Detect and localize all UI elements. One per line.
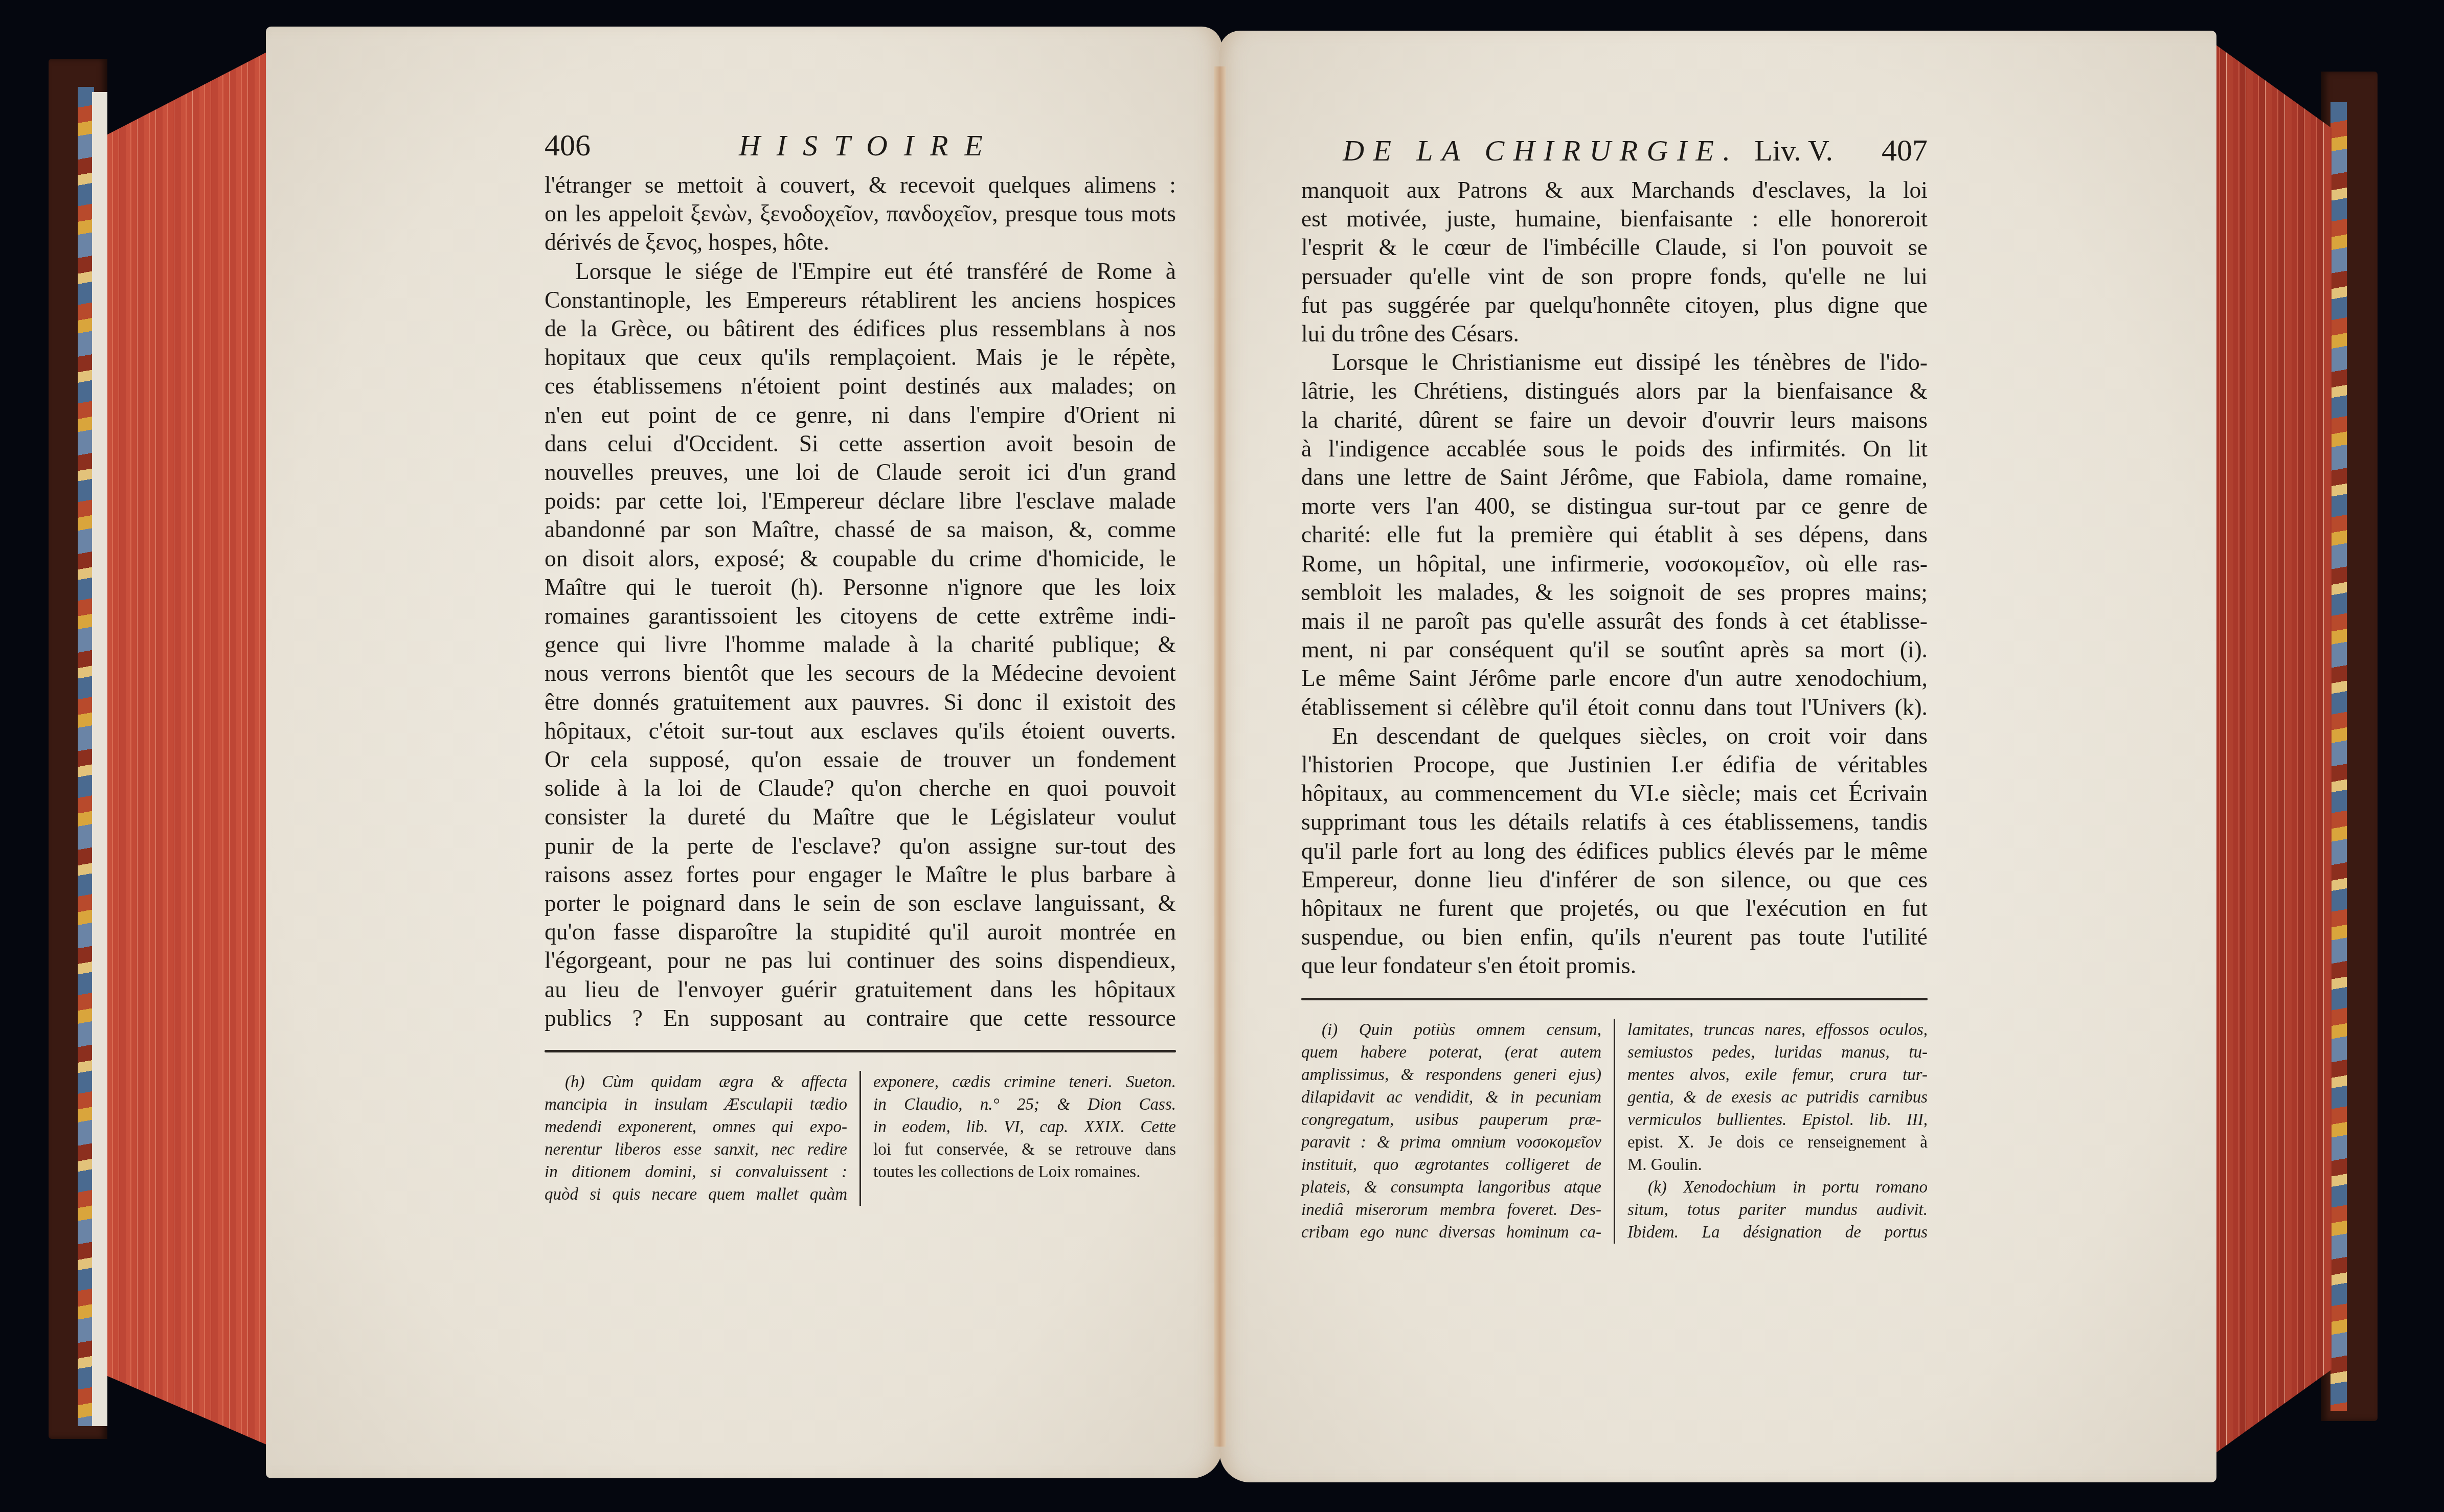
footnote-line: in ditionem domini, si convaluissent : [545,1161,847,1183]
footnote-line: lamitates, truncas nares, effossos oculo… [1627,1019,1928,1041]
text-line: morte vers l'an 400, se distingua sur-to… [1301,492,1928,520]
text-line: gence qui livre l'homme malade à la char… [545,630,1176,659]
text-line: Lorsque le siége de l'Empire eut été tra… [545,257,1176,286]
footnote-column-left: (h) Cùm quidam ægra & affecta mancipia i… [545,1071,861,1206]
text-line: dans une lettre de Saint Jérôme, que Fab… [1301,463,1928,492]
text-line: ment, ni par conséquent qu'il se soutînt… [1301,635,1928,664]
text-line: hopitaux que ceux qu'ils remplaçoient. M… [545,343,1176,372]
body-text: manquoit aux Patrons & aux Marchands d'e… [1301,176,1928,980]
footnote-line: semiustos pedes, luridas manus, tu- [1627,1041,1928,1064]
text-line: la charité, dûrent se faire un devoir d'… [1301,406,1928,434]
right-page-text: de la Chirurgie. Liv. V. 407 manquoit au… [1301,133,1928,1244]
text-line: hôpitaux ne furent que projetés, ou que … [1301,894,1928,923]
footnote-line: exponere, cædis crimine teneri. Sueton. [873,1071,1176,1093]
footnote-line: quòd si quis necare quem mallet quàm [545,1183,847,1206]
footnote-line: (k) Xenodochium in portu romano [1627,1176,1928,1199]
footnote-line: cribam ego nunc diversas hominum ca- [1301,1221,1601,1244]
red-page-edge-right [2214,43,2332,1454]
text-line: Constantinople, les Empereurs rétabliren… [545,286,1176,314]
footnotes: (i) Quin potiùs omnem censum, quem haber… [1301,1019,1928,1244]
text-line: Maître qui le tueroit (h). Personne n'ig… [545,573,1176,602]
footnote-rule [545,1050,1176,1052]
text-line: nouvelles preuves, une loi de Claude ser… [545,458,1176,487]
footnote-line: plateis, & consumpta langoribus atque [1301,1176,1601,1199]
text-line: romaines garantissoient les citoyens de … [545,602,1176,630]
text-line: on les appeloit ξενὼν, ξενοδοχεῖον, πανδ… [545,199,1176,228]
footnote-line: Ibidem. La désignation de portus [1627,1221,1928,1244]
running-title: de la Chirurgie. [1343,133,1739,168]
footnote-line: M. Goulin. [1627,1154,1928,1176]
text-line: suspendue, ou bien enfin, qu'ils n'euren… [1301,923,1928,951]
text-line: publics ? En supposant au contraire que … [545,1004,1176,1033]
page-number: 407 [1882,133,1928,168]
book-label: Liv. V. [1754,133,1833,168]
text-line: sembloit les malades, & les soignoit de … [1301,578,1928,607]
red-page-edge-left [107,36,271,1447]
footnote-line: epist. X. Je dois ce renseignement à [1627,1131,1928,1154]
body-text: l'étranger se mettoit à couvert, & recev… [545,171,1176,1033]
footnote-line: inediâ miserorum membra foveret. Des- [1301,1199,1601,1221]
footnote-line: medendi exponerent, omnes qui expo- [545,1116,847,1138]
running-head-right: de la Chirurgie. Liv. V. 407 [1301,133,1928,174]
text-line: de la Grèce, ou bâtirent des édifices pl… [545,314,1176,343]
text-line: fut pas suggérée par quelqu'honnête cito… [1301,291,1928,319]
footnote-line: situm, totus pariter mundus audivit. [1627,1199,1928,1221]
footnote-line: in Claudio, n.° 25; & Dion Cass. [873,1093,1176,1116]
text-line: charité: elle fut la première qui établi… [1301,520,1928,549]
footnote-column-left: (i) Quin potiùs omnem censum, quem haber… [1301,1019,1615,1244]
page-number: 406 [545,128,591,163]
text-line: n'en eut point de ce genre, ni dans l'em… [545,401,1176,429]
text-line: dans celui d'Occident. Si cette assertio… [545,429,1176,458]
text-line: qu'il parle fort au long des édifices pu… [1301,837,1928,865]
footnote-rule [1301,998,1928,1000]
text-line: au lieu de l'envoyer guérir gratuitement… [545,975,1176,1004]
text-line: poids: par cette loi, l'Empereur déclare… [545,487,1176,515]
text-line: dérivés de ξενος, hospes, hôte. [545,228,1176,257]
running-title: Histoire [739,128,999,163]
text-line: punir de la perte de l'esclave? qu'on as… [545,832,1176,860]
text-line: l'étranger se mettoit à couvert, & recev… [545,171,1176,199]
footnote-line: (i) Quin potiùs omnem censum, [1301,1019,1601,1041]
footnote-line: instituit, quo ægrotantes colligeret de [1301,1154,1601,1176]
footnote-line: loi fut conservée, & se retrouve dans [873,1138,1176,1161]
text-line: hôpitaux, au commencement du VI.e siècle… [1301,779,1928,808]
footnotes: (h) Cùm quidam ægra & affecta mancipia i… [545,1071,1176,1206]
footnote-column-right: lamitates, truncas nares, effossos oculo… [1615,1019,1928,1244]
text-line: mais il ne paroît pas qu'elle assurât de… [1301,607,1928,635]
text-line: lui du trône des Césars. [1301,319,1928,348]
text-line: l'historien Procope, que Justinien I.er … [1301,750,1928,779]
text-line: Or cela supposé, qu'on essaie de trouver… [545,745,1176,774]
footnote-line: gentia, & de exesis ac putridis carnibus [1627,1086,1928,1109]
text-line: est motivée, juste, humaine, bienfaisant… [1301,204,1928,233]
text-line: l'égorgeant, pour ne pas lui continuer d… [545,946,1176,975]
text-line: établissement si célèbre qu'il étoit con… [1301,693,1928,722]
footnote-line: vermiculos bullientes. Epistol. lib. III… [1627,1109,1928,1131]
text-line: En descendant de quelques siècles, on cr… [1301,722,1928,750]
footnote-line: mancipia in insulam Æsculapii tædio [545,1093,847,1116]
text-line: consister la dureté du Maître que le Lég… [545,803,1176,831]
footnote-line: dilapidavit ac vendidit, & in pecuniam [1301,1086,1601,1109]
footnote-column-right: exponere, cædis crimine teneri. Sueton. … [861,1071,1176,1206]
text-line: manquoit aux Patrons & aux Marchands d'e… [1301,176,1928,204]
text-line: solide à la loi de Claude? qu'on cherche… [545,774,1176,803]
footnote-line: nerentur liberos esse sanxit, nec redire [545,1138,847,1161]
footnote-line: mentes alvos, exile femur, crura tur- [1627,1064,1928,1086]
book-gutter [1214,66,1226,1447]
open-book-photo: 406 Histoire l'étranger se mettoit à cou… [0,0,2444,1512]
text-line: à l'indigence accablée sous le poids des… [1301,434,1928,463]
text-line: persuader qu'elle vint de son propre fon… [1301,262,1928,291]
footnote-line: (h) Cùm quidam ægra & affecta [545,1071,847,1093]
footnote-line: quem habere poterat, (erat autem [1301,1041,1601,1064]
text-line: lâtrie, les Chrétiens, distingués alors … [1301,377,1928,405]
text-line: Empereur, donne lieu d'inférer de son si… [1301,865,1928,894]
text-line: nous verrons bientôt que les secours de … [545,659,1176,688]
text-line: on disoit alors, exposé; & coupable du c… [545,544,1176,573]
text-line: porter le poignard dans le sein de son e… [545,889,1176,918]
text-line: qu'on fasse disparoître la stupidité qu'… [545,918,1176,946]
footnote-line: paravit : & prima omnium νοσοκομεῖον [1301,1131,1601,1154]
marbled-endpaper-right [2330,102,2347,1411]
running-head-left: 406 Histoire [545,128,1176,169]
text-line: Le même Saint Jérôme parle encore d'un a… [1301,664,1928,693]
left-page-text: 406 Histoire l'étranger se mettoit à cou… [545,128,1176,1206]
text-line: être donnés gratuitement aux pauvres. Si… [545,688,1176,717]
text-line: Rome, un hôpital, une infirmerie, νοσοκο… [1301,549,1928,578]
text-line: raisons assez fortes pour engager le Maî… [545,860,1176,889]
text-line: abandonné par son Maître, chassé de sa m… [545,515,1176,544]
text-line: que leur fondateur s'en étoit promis. [1301,951,1928,980]
footnote-line: toutes les collections de Loix romaines. [873,1161,1176,1183]
text-line: l'esprit & le cœur de l'imbécille Claude… [1301,233,1928,262]
flyleaf-edge [92,92,107,1426]
text-line: hôpitaux, c'étoit sur-tout aux esclaves … [545,717,1176,745]
footnote-line: in eodem, lib. VI, cap. XXIX. Cette [873,1116,1176,1138]
footnote-line: amplissimus, & respondens generi ejus) [1301,1064,1601,1086]
text-line: ces établissemens n'étoient point destin… [545,372,1176,400]
text-line: supprimant tous les détails relatifs à c… [1301,808,1928,836]
footnote-line: congregatum, usibus pauperum præ- [1301,1109,1601,1131]
text-line: Lorsque le Christianisme eut dissipé les… [1301,348,1928,377]
